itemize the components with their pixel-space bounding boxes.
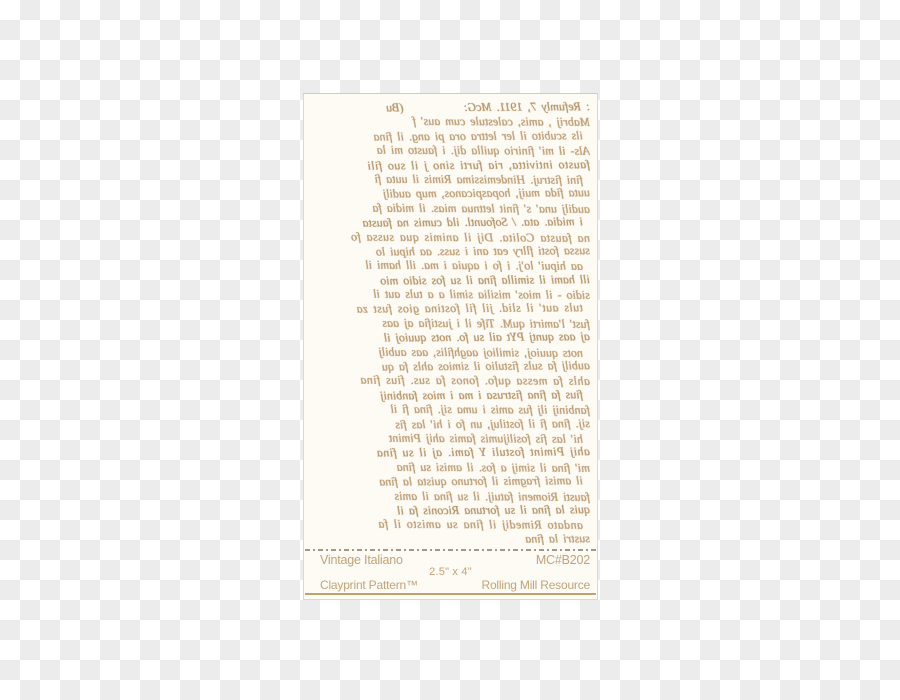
script-line: fanbinij ilj fus amis i uma sij. fina fi… <box>311 401 590 417</box>
script-line: aa hipui' lo'j. i fo i aquia i ma. ill h… <box>311 258 590 274</box>
script-line: sij. fina fi il fostiluj, un fo i hi' la… <box>311 416 590 432</box>
product-line-label: Clayprint Pattern™ <box>320 578 418 592</box>
script-line: aj aas quntj PYt ail su fo. nots quuioj … <box>311 329 590 345</box>
script-line: sustri la fina <box>311 531 590 547</box>
script-line: uuta fida muij, hopaspicanos, mup audilj <box>311 185 590 201</box>
transparent-canvas: : Refumly 7, 1911. McG: (BuMabrij , amis… <box>0 0 900 700</box>
pattern-name-label: Vintage Italiano <box>320 553 403 567</box>
script-line: tuls aut' il slid. jil fil fostina gios … <box>311 301 590 317</box>
size-label: 2.5" x 4" <box>304 566 597 578</box>
brand-footer-row: Clayprint Pattern™ Rolling Mill Resource <box>320 578 590 592</box>
script-line: andato Rimedij il fina su amisto il fa <box>311 517 590 533</box>
brand-label: Rolling Mill Resource <box>481 578 590 592</box>
handwritten-script-block: : Refumly 7, 1911. McG: (BuMabrij , amis… <box>311 100 590 547</box>
script-line: nots quuioj, similioj aaghfilis, aas aub… <box>311 344 590 360</box>
script-line: fausto intivitta, ria furti sino j il su… <box>311 157 590 173</box>
script-line: Mabrij , amis, calestule cum aus' f <box>311 114 590 130</box>
item-number-label: MC#B202 <box>536 553 590 567</box>
script-line: i midia. ata. / Sofountl. ild cumis na f… <box>311 214 590 230</box>
script-line: ahij Pimint fostuli Y fami. aj il su fin… <box>311 445 590 461</box>
bottom-rule-line <box>305 593 596 595</box>
pattern-header-row: Vintage Italiano MC#B202 <box>320 553 590 567</box>
script-line: ahls fa messa qufo. fonos fa sus. fius f… <box>311 373 590 389</box>
script-line: na fausta Colita. Dij il animis qua suss… <box>311 229 590 245</box>
clayprint-pattern-card: : Refumly 7, 1911. McG: (BuMabrij , amis… <box>303 93 598 600</box>
cut-separator-line <box>305 549 596 551</box>
script-line: fausti Riomeni fatuij. il su fina il ami… <box>311 488 590 504</box>
script-line: il amisi fragmis il fortuno quista la fi… <box>311 473 590 489</box>
script-line: Als- il mi' finirio quilla dij. i fausto… <box>311 142 590 158</box>
